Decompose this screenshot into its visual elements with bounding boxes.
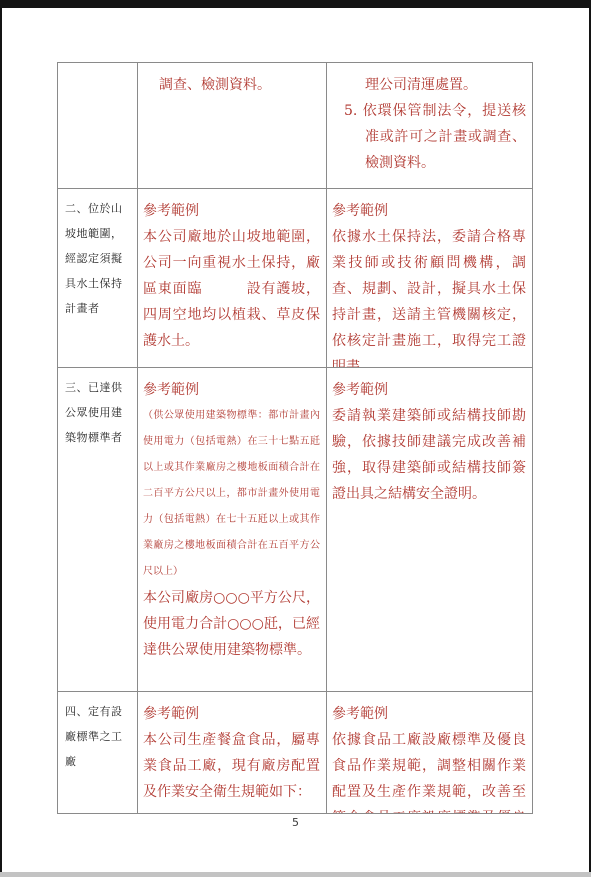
row2-item-label-cell: 二、位於山坡地範圍，經認定須擬具水土保持計畫者 <box>58 189 138 368</box>
row3-company-example-note: （供公眾使用建築物標準：都市計畫內使用電力（包括電熱）在三十七點五瓩以上或其作業… <box>143 403 320 585</box>
row4-company-example-label: 參考範例 <box>143 701 320 727</box>
row3-agency-example-cell: 參考範例 委請執業建築師或結構技師勘驗，依據技師建議完成改善補強，取得建築師或結… <box>327 368 533 692</box>
row2-company-example-cell: 參考範例 本公司廠地於山坡地範圍，公司一向重視水土保持，廠區東面臨 設有護坡，四… <box>138 189 327 368</box>
page-number: 5 <box>0 816 591 829</box>
document-page: 調查、檢測資料。 理公司清運處置。 5. 依環保管制法令，提送核准或許可之計畫或… <box>0 0 591 877</box>
row2-company-example-label: 參考範例 <box>143 198 320 224</box>
row1-item-label-cell <box>58 63 138 189</box>
row1-agency-continuation-text: 理公司清運處置。 <box>332 72 526 98</box>
row3-agency-example-body: 委請執業建築師或結構技師勘驗，依據技師建議完成改善補強，取得建築師或結構技師簽證… <box>332 403 526 507</box>
row4-agency-example-label: 參考範例 <box>332 701 526 727</box>
row4-agency-example-body: 依據食品工廠設廠標準及優良食品作業規範，調整相關作業配置及生產作業規範，改善至符… <box>332 727 526 814</box>
row3-company-example-body: 本公司廠房○○○平方公尺，使用電力合計○○○瓩，已經達供公眾使用建築物標準。 <box>143 585 320 663</box>
row4-item-label-cell: 四、定有設廠標準之工廠 <box>58 692 138 814</box>
row1-agency-example-cell: 理公司清運處置。 5. 依環保管制法令，提送核准或許可之計畫或調查、檢測資料。 <box>327 63 533 189</box>
row3-item-label-cell: 三、已達供公眾使用建築物標準者 <box>58 368 138 692</box>
row4-item-label-text: 四、定有設廠標準之工廠 <box>65 699 133 774</box>
row2-company-example-body: 本公司廠地於山坡地範圍，公司一向重視水土保持，廠區東面臨 設有護坡，四周空地均以… <box>143 224 320 354</box>
row3-agency-example-label: 參考範例 <box>332 377 526 403</box>
row2-agency-example-label: 參考範例 <box>332 198 526 224</box>
row4-agency-example-cell: 參考範例 依據食品工廠設廠標準及優良食品作業規範，調整相關作業配置及生產作業規範… <box>327 692 533 814</box>
page-frame-bottom <box>0 872 591 877</box>
row1-company-continuation-text: 調查、檢測資料。 <box>143 72 320 98</box>
row2-agency-example-cell: 參考範例 依據水土保持法，委請合格專業技師或技術顧問機構，調查、規劃、設計，擬具… <box>327 189 533 368</box>
row4-company-example-cell: 參考範例 本公司生產餐盒食品，屬專業食品工廠，現有廠房配置及作業安全衛生規範如下… <box>138 692 327 814</box>
row3-item-label-text: 三、已達供公眾使用建築物標準者 <box>65 375 133 450</box>
page-frame-top <box>0 0 591 8</box>
row3-company-example-cell: 參考範例 （供公眾使用建築物標準：都市計畫內使用電力（包括電熱）在三十七點五瓩以… <box>138 368 327 692</box>
page-frame-left <box>0 0 2 877</box>
row2-item-label-text: 二、位於山坡地範圍，經認定須擬具水土保持計畫者 <box>65 196 133 321</box>
row1-agency-item5-text: 5. 依環保管制法令，提送核准或許可之計畫或調查、檢測資料。 <box>332 98 526 176</box>
row1-company-example-cell: 調查、檢測資料。 <box>138 63 327 189</box>
row3-company-example-label: 參考範例 <box>143 377 320 403</box>
row4-company-example-body: 本公司生產餐盒食品，屬專業食品工廠，現有廠房配置及作業安全衛生規範如下： <box>143 727 320 805</box>
compliance-examples-table: 調查、檢測資料。 理公司清運處置。 5. 依環保管制法令，提送核准或許可之計畫或… <box>57 62 533 814</box>
row2-agency-example-body: 依據水土保持法，委請合格專業技師或技術顧問機構，調查、規劃、設計，擬具水土保持計… <box>332 224 526 368</box>
